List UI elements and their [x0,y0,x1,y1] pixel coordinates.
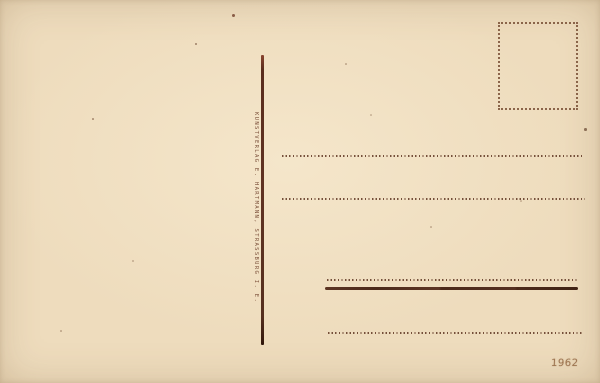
paper-speck [345,63,347,65]
address-underline-rule [325,287,578,290]
paper-speck [370,114,372,116]
card-number: 1962 [551,358,579,369]
paper-speck [60,330,62,332]
stamp-box [498,22,578,110]
paper-speck [520,200,522,202]
paper-speck [430,226,432,228]
paper-speck [232,14,235,17]
address-line-4 [328,332,583,334]
divider-line [261,55,264,345]
postcard-back: KUNSTVERLAG E. HARTMANN, STRASSBURG I. E… [0,0,600,383]
address-line-3 [327,279,577,281]
paper-speck [132,260,134,262]
paper-speck [195,43,197,45]
address-line-1 [282,155,583,157]
address-line-2 [282,198,585,200]
publisher-imprint: KUNSTVERLAG E. HARTMANN, STRASSBURG I. E… [246,112,259,304]
paper-speck [92,118,94,120]
paper-speck [584,128,587,131]
